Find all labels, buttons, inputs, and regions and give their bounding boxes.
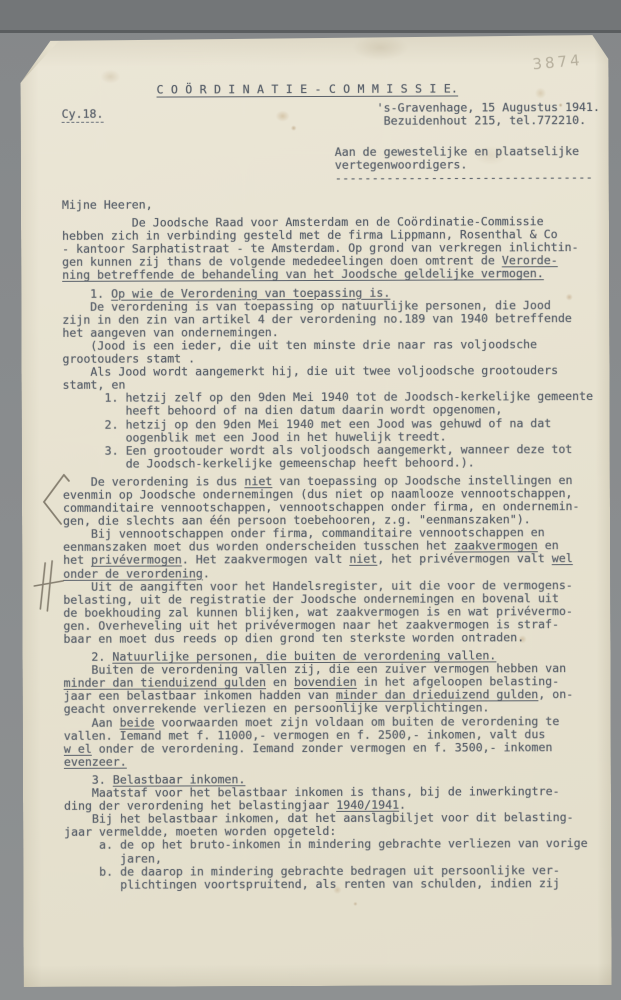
- text-segment: , on-: [538, 687, 573, 701]
- text-line: plichtingen voortspruitend, als renten v…: [64, 877, 612, 892]
- text-line: Als Jood wordt aangemerkt hij, die uit t…: [62, 364, 610, 379]
- text-segment: . Het zaakvermogen valt: [182, 552, 350, 567]
- underlined-text: beide: [120, 715, 155, 729]
- text-segment: onder de verordening. Iemand zonder verm…: [92, 740, 553, 756]
- underlined-text: w el: [64, 742, 92, 756]
- text-segment: .: [203, 566, 210, 580]
- folded-corner: [19, 38, 63, 84]
- underlined-text: bovendien: [294, 675, 357, 689]
- paragraph-block: De verordening is dus niet van toepassin…: [63, 474, 612, 646]
- text-segment: (Jood is een ieder, die uit ten minste d…: [62, 337, 537, 353]
- text-segment: a. de op het bruto-inkomen in mindering …: [64, 836, 588, 852]
- text-segment: Als Jood wordt aangemerkt hij, die uit t…: [62, 363, 558, 379]
- text-segment: Mijne Heeren,: [62, 198, 153, 212]
- text-segment: 1.: [62, 286, 111, 300]
- pencil-annotation-number: 3874: [532, 51, 584, 73]
- reference-number: Cy.18.: [62, 107, 104, 123]
- text-line: de Joodsch-kerkelijke gemeenschap heeft …: [63, 456, 611, 471]
- paragraph-block: 2. Natuurlijke personen, die buiten de v…: [63, 649, 611, 769]
- paragraph-block: De Joodsche Raad voor Amsterdam en de Co…: [62, 215, 610, 282]
- recipient-dashed-rule: -----------------------------------: [335, 171, 593, 185]
- recipient-block: Aan de gewestelijke en plaatselijke vert…: [335, 145, 593, 186]
- text-segment: zijn in den zin van artikel 4 der verord…: [62, 311, 572, 327]
- text-segment: 2.: [63, 650, 112, 664]
- document-title: C O Ö R D I N A T I E - C O M M I S S I …: [157, 82, 459, 97]
- text-segment: plichtingen voortspruitend, als renten v…: [64, 876, 560, 892]
- text-segment: het: [63, 553, 91, 567]
- date-block: 's-Gravenhage, 15 Augustus 1941. Bezuide…: [377, 101, 600, 129]
- paragraph-block: 1. Op wie de Verordening van toepassing …: [62, 286, 611, 471]
- underlined-text: wel: [552, 552, 573, 566]
- table-edge: [0, 0, 621, 33]
- underlined-text: niet: [349, 552, 377, 566]
- address-line: Bezuidenhout 215, tel.772210.: [377, 114, 600, 128]
- underlined-text: niet: [244, 474, 272, 488]
- text-segment: stamt, en: [63, 378, 126, 392]
- letter-body: Mijne Heeren, De Joodsche Raad voor Amst…: [62, 197, 612, 897]
- text-line: ning betreffende de behandeling van het …: [62, 267, 610, 282]
- underlined-text: 1940/1941: [336, 798, 399, 812]
- text-line: baar en moet dus reeds op dien grond ten…: [63, 631, 611, 646]
- text-segment: baar en moet dus reeds op dien grond ten…: [63, 630, 524, 646]
- paragraph-block: Mijne Heeren,: [62, 197, 610, 212]
- text-line: evenzeer.: [64, 754, 612, 769]
- underlined-text: evenzeer.: [64, 755, 127, 769]
- text-line: Mijne Heeren,: [62, 197, 610, 212]
- underlined-text: ning betreffende de behandeling van het …: [62, 267, 544, 283]
- text-segment: Aan: [64, 715, 120, 729]
- photo-background: 3874 C O Ö R D I N A T I E - C O M M I S…: [0, 0, 621, 1000]
- text-segment: 3.: [64, 773, 113, 787]
- pencil-margin-check-mark: [38, 472, 72, 530]
- text-segment: .: [399, 798, 406, 812]
- paragraph-block: 3. Belastbaar inkomen. Maatstaf voor het…: [64, 772, 612, 892]
- text-line: w el onder de verordening. Iemand zonder…: [64, 741, 612, 756]
- text-segment: en: [266, 675, 294, 689]
- underlined-text: Verorde-: [502, 254, 558, 268]
- text-segment: de Joodsch-kerkelijke gemeenschap heeft …: [63, 455, 475, 470]
- pencil-margin-cross-mark: [32, 559, 66, 615]
- paper-sheet: 3874 C O Ö R D I N A T I E - C O M M I S…: [20, 35, 611, 987]
- text-segment: , het privévermogen valt: [377, 552, 552, 567]
